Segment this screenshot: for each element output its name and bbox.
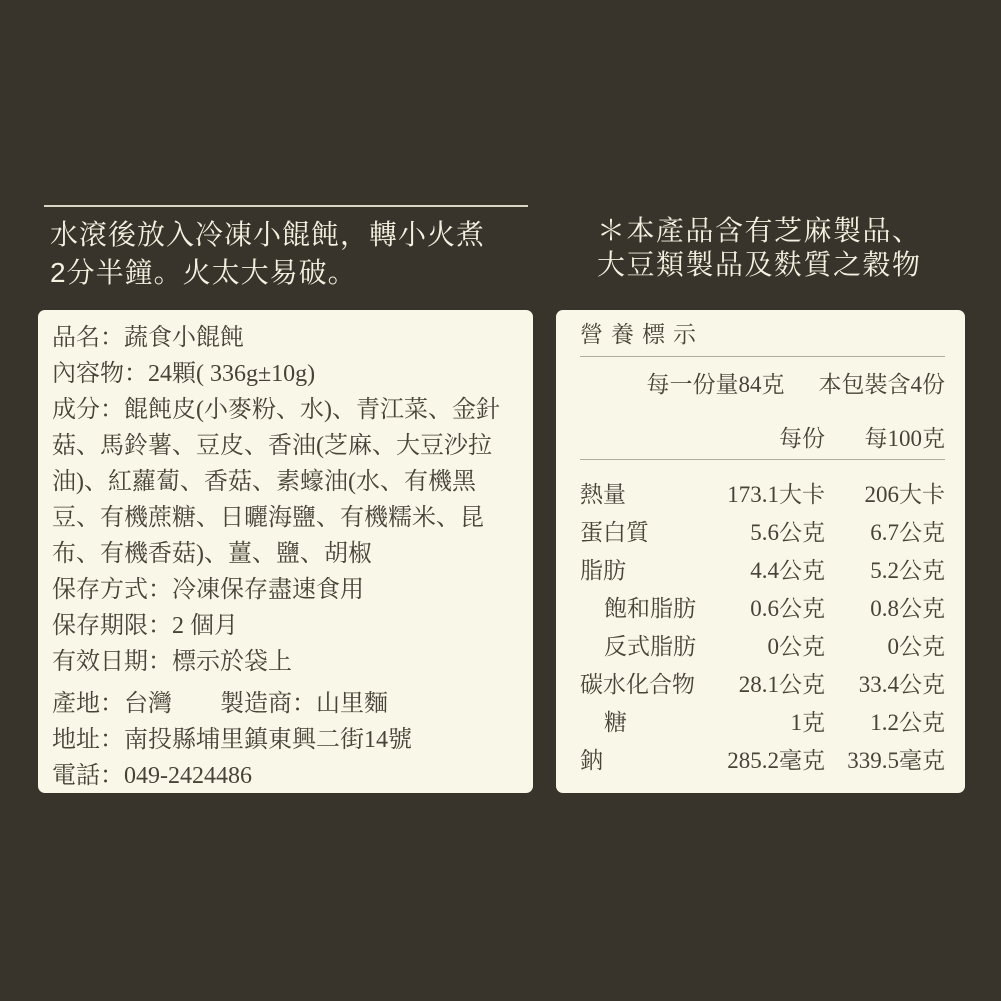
allergen-line-1: ＊本產品含有芝麻製品、 [597,214,922,248]
nutrition-row-carbohydrate: 碳水化合物 28.1公克 33.4公克 [580,666,945,704]
product-info-panel: 品名：蔬食小餛飩 內容物：24顆( 336g±10g) 成分：餛飩皮(小麥粉、水… [38,310,533,793]
allergen-line-2: 大豆類製品及麩質之穀物 [597,248,922,282]
ingredients-line: 成分：餛飩皮(小麥粉、水)、青江菜、金針菇、馬鈴薯、豆皮、香油(芝麻、大豆沙拉油… [52,392,521,572]
address-line: 地址：南投縣埔里鎮東興二街14號 [52,722,521,758]
servings-per-pack: 本包裝含4份 [819,371,946,399]
product-name-line: 品名：蔬食小餛飩 [52,320,521,356]
serving-info-row: 每一份量84克 本包裝含4份 [580,371,945,399]
expiry-date-line: 有效日期：標示於袋上 [52,644,521,680]
phone-line: 電話：049-2424486 [52,758,521,793]
col-header-per-100g: 每100克 [825,419,945,460]
nutrition-row-calories: 熱量 173.1大卡 206大卡 [580,460,945,515]
nutrition-row-saturated-fat: 飽和脂肪 0.6公克 0.8公克 [580,590,945,628]
nutrition-header-empty [580,419,703,460]
cooking-instructions: 水滾後放入冷凍小餛飩，轉小火煮2分半鐘。火太大易破。 [50,216,496,292]
nutrition-title: 營養標示 [580,320,945,350]
col-header-per-serving: 每份 [703,419,825,460]
nutrition-row-fat: 脂肪 4.4公克 5.2公克 [580,552,945,590]
nutrition-panel: 營養標示 每一份量84克 本包裝含4份 每份 每100克 熱量 173.1大卡 … [556,310,965,793]
nutrition-table: 每份 每100克 熱量 173.1大卡 206大卡 蛋白質 5.6公克 6.7公… [580,419,945,780]
nutrition-header-row: 每份 每100克 [580,419,945,460]
nutrition-row-sodium: 鈉 285.2毫克 339.5毫克 [580,742,945,780]
nutrition-title-divider [580,356,945,357]
allergen-notice: ＊本產品含有芝麻製品、 大豆類製品及麩質之穀物 [597,214,922,282]
instructions-divider [44,205,528,207]
storage-method-line: 保存方式：冷凍保存盡速食用 [52,572,521,608]
nutrition-row-sugar: 糖 1克 1.2公克 [580,704,945,742]
serving-size: 每一份量84克 [647,371,785,399]
nutrition-row-protein: 蛋白質 5.6公克 6.7公克 [580,514,945,552]
nutrition-row-trans-fat: 反式脂肪 0公克 0公克 [580,628,945,666]
origin-manufacturer-line: 產地：台灣 製造商：山里麵 [52,686,521,722]
contents-line: 內容物：24顆( 336g±10g) [52,356,521,392]
shelf-life-line: 保存期限：2 個月 [52,608,521,644]
product-label-sheet: 水滾後放入冷凍小餛飩，轉小火煮2分半鐘。火太大易破。 ＊本產品含有芝麻製品、 大… [0,0,1001,1001]
